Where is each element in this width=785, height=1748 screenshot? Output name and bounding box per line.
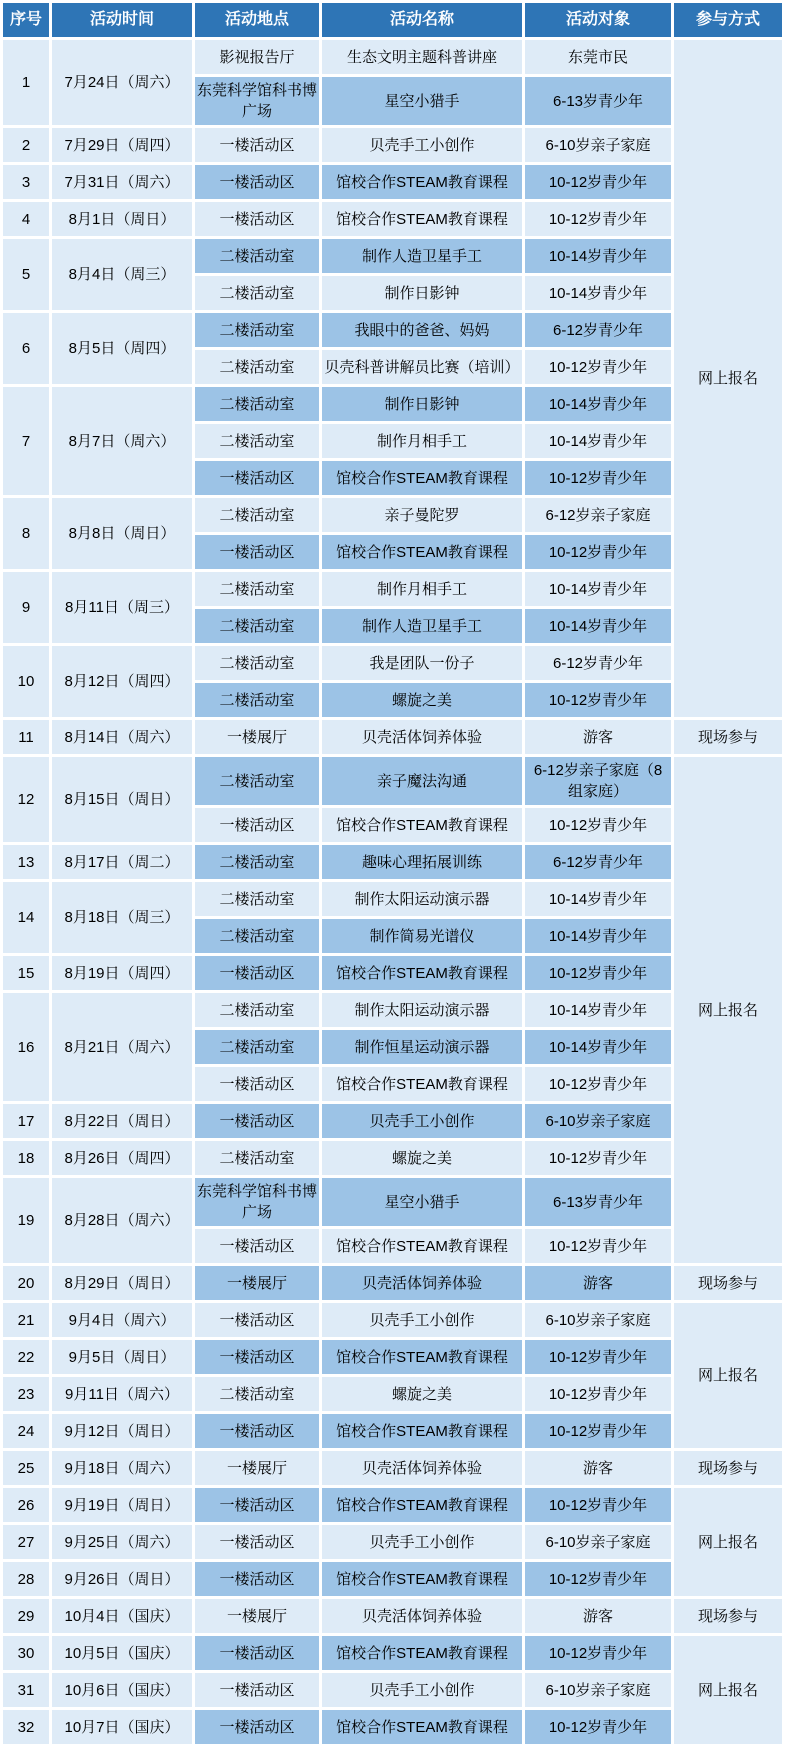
row-number-cell: 1 [3, 40, 49, 125]
date-cell: 8月12日（周四） [52, 646, 192, 717]
row-number-cell: 2 [3, 128, 49, 162]
location-cell: 一楼活动区 [195, 1104, 319, 1138]
date-cell: 9月12日（周日） [52, 1414, 192, 1448]
date-cell: 8月17日（周二） [52, 845, 192, 879]
table-row: 128月15日（周日）二楼活动室亲子魔法沟通6-12岁亲子家庭（8组家庭）网上报… [3, 757, 782, 805]
table-row: 158月19日（周四）一楼活动区馆校合作STEAM教育课程10-12岁青少年 [3, 956, 782, 990]
location-cell: 二楼活动室 [195, 845, 319, 879]
header-activity-name: 活动名称 [322, 3, 522, 37]
activity-name-cell: 螺旋之美 [322, 1141, 522, 1175]
row-number-cell: 9 [3, 572, 49, 643]
location-cell: 一楼展厅 [195, 1599, 319, 1633]
location-cell: 一楼活动区 [195, 956, 319, 990]
location-cell: 一楼活动区 [195, 165, 319, 199]
table-row: 48月1日（周日）一楼活动区馆校合作STEAM教育课程10-12岁青少年 [3, 202, 782, 236]
header-location: 活动地点 [195, 3, 319, 37]
location-cell: 二楼活动室 [195, 239, 319, 273]
audience-cell: 10-14岁青少年 [525, 276, 671, 310]
location-cell: 一楼活动区 [195, 1710, 319, 1744]
table-row: 3010月5日（国庆）一楼活动区馆校合作STEAM教育课程10-12岁青少年网上… [3, 1636, 782, 1670]
date-cell: 8月28日（周六） [52, 1178, 192, 1263]
row-number-cell: 12 [3, 757, 49, 842]
date-cell: 9月5日（周日） [52, 1340, 192, 1374]
audience-cell: 10-14岁青少年 [525, 609, 671, 643]
row-number-cell: 8 [3, 498, 49, 569]
participation-cell: 现场参与 [674, 720, 782, 754]
participation-cell: 现场参与 [674, 1599, 782, 1633]
activity-name-cell: 馆校合作STEAM教育课程 [322, 202, 522, 236]
audience-cell: 10-12岁青少年 [525, 535, 671, 569]
date-cell: 8月22日（周日） [52, 1104, 192, 1138]
audience-cell: 10-12岁青少年 [525, 165, 671, 199]
activity-name-cell: 制作日影钟 [322, 276, 522, 310]
audience-cell: 6-12岁青少年 [525, 646, 671, 680]
row-number-cell: 6 [3, 313, 49, 384]
table-row: 98月11日（周三）二楼活动室制作月相手工10-14岁青少年 [3, 572, 782, 606]
date-cell: 8月11日（周三） [52, 572, 192, 643]
row-number-cell: 28 [3, 1562, 49, 1596]
location-cell: 一楼活动区 [195, 1303, 319, 1337]
location-cell: 二楼活动室 [195, 882, 319, 916]
location-cell: 二楼活动室 [195, 609, 319, 643]
location-cell: 一楼活动区 [195, 1636, 319, 1670]
location-cell: 一楼活动区 [195, 1414, 319, 1448]
activity-name-cell: 贝壳手工小创作 [322, 1104, 522, 1138]
location-cell: 一楼展厅 [195, 1266, 319, 1300]
activity-name-cell: 馆校合作STEAM教育课程 [322, 1488, 522, 1522]
table-row: 208月29日（周日）一楼展厅贝壳活体饲养体验游客现场参与 [3, 1266, 782, 1300]
activity-name-cell: 制作太阳运动演示器 [322, 993, 522, 1027]
header-no: 序号 [3, 3, 49, 37]
activity-name-cell: 螺旋之美 [322, 1377, 522, 1411]
header-time: 活动时间 [52, 3, 192, 37]
participation-cell: 网上报名 [674, 1488, 782, 1596]
activity-name-cell: 制作人造卫星手工 [322, 239, 522, 273]
row-number-cell: 29 [3, 1599, 49, 1633]
audience-cell: 10-12岁青少年 [525, 461, 671, 495]
location-cell: 一楼活动区 [195, 808, 319, 842]
date-cell: 10月5日（国庆） [52, 1636, 192, 1670]
row-number-cell: 10 [3, 646, 49, 717]
audience-cell: 10-12岁青少年 [525, 808, 671, 842]
row-number-cell: 16 [3, 993, 49, 1101]
audience-cell: 10-12岁青少年 [525, 1636, 671, 1670]
audience-cell: 10-12岁青少年 [525, 350, 671, 384]
schedule-table-body: 17月24日（周六）影视报告厅生态文明主题科普讲座东莞市民网上报名东莞科学馆科书… [3, 40, 782, 1744]
activity-name-cell: 馆校合作STEAM教育课程 [322, 1562, 522, 1596]
row-number-cell: 17 [3, 1104, 49, 1138]
audience-cell: 10-12岁青少年 [525, 1414, 671, 1448]
activity-name-cell: 贝壳手工小创作 [322, 1525, 522, 1559]
audience-cell: 6-10岁亲子家庭 [525, 1525, 671, 1559]
date-cell: 8月26日（周四） [52, 1141, 192, 1175]
table-header-row: 序号 活动时间 活动地点 活动名称 活动对象 参与方式 [3, 3, 782, 37]
audience-cell: 6-12岁亲子家庭（8组家庭） [525, 757, 671, 805]
table-row: 88月8日（周日）二楼活动室亲子曼陀罗6-12岁亲子家庭 [3, 498, 782, 532]
audience-cell: 6-10岁亲子家庭 [525, 1104, 671, 1138]
location-cell: 二楼活动室 [195, 276, 319, 310]
date-cell: 8月19日（周四） [52, 956, 192, 990]
date-cell: 7月29日（周四） [52, 128, 192, 162]
audience-cell: 10-12岁青少年 [525, 1377, 671, 1411]
table-row: 219月4日（周六）一楼活动区贝壳手工小创作6-10岁亲子家庭网上报名 [3, 1303, 782, 1337]
row-number-cell: 20 [3, 1266, 49, 1300]
date-cell: 9月19日（周日） [52, 1488, 192, 1522]
table-row: 27月29日（周四）一楼活动区贝壳手工小创作6-10岁亲子家庭 [3, 128, 782, 162]
activity-name-cell: 制作恒星运动演示器 [322, 1030, 522, 1064]
location-cell: 二楼活动室 [195, 350, 319, 384]
audience-cell: 10-12岁青少年 [525, 1340, 671, 1374]
table-row: 3110月6日（国庆）一楼活动区贝壳手工小创作6-10岁亲子家庭 [3, 1673, 782, 1707]
date-cell: 8月7日（周六） [52, 387, 192, 495]
audience-cell: 10-14岁青少年 [525, 572, 671, 606]
row-number-cell: 18 [3, 1141, 49, 1175]
activity-name-cell: 贝壳活体饲养体验 [322, 1451, 522, 1485]
activity-name-cell: 制作太阳运动演示器 [322, 882, 522, 916]
table-row: 78月7日（周六）二楼活动室制作日影钟10-14岁青少年 [3, 387, 782, 421]
date-cell: 9月11日（周六） [52, 1377, 192, 1411]
activity-name-cell: 螺旋之美 [322, 683, 522, 717]
row-number-cell: 32 [3, 1710, 49, 1744]
audience-cell: 10-14岁青少年 [525, 993, 671, 1027]
location-cell: 二楼活动室 [195, 572, 319, 606]
audience-cell: 游客 [525, 1599, 671, 1633]
location-cell: 二楼活动室 [195, 424, 319, 458]
location-cell: 一楼活动区 [195, 1340, 319, 1374]
activity-name-cell: 馆校合作STEAM教育课程 [322, 1229, 522, 1263]
table-row: 138月17日（周二）二楼活动室趣味心理拓展训练6-12岁青少年 [3, 845, 782, 879]
date-cell: 8月21日（周六） [52, 993, 192, 1101]
date-cell: 8月18日（周三） [52, 882, 192, 953]
location-cell: 东莞科学馆科书博广场 [195, 77, 319, 125]
activity-name-cell: 生态文明主题科普讲座 [322, 40, 522, 74]
table-row: 168月21日（周六）二楼活动室制作太阳运动演示器10-14岁青少年 [3, 993, 782, 1027]
header-audience: 活动对象 [525, 3, 671, 37]
activity-name-cell: 制作日影钟 [322, 387, 522, 421]
activity-name-cell: 制作简易光谱仪 [322, 919, 522, 953]
row-number-cell: 23 [3, 1377, 49, 1411]
row-number-cell: 15 [3, 956, 49, 990]
activity-name-cell: 馆校合作STEAM教育课程 [322, 1414, 522, 1448]
activity-name-cell: 制作月相手工 [322, 572, 522, 606]
audience-cell: 游客 [525, 1266, 671, 1300]
audience-cell: 10-12岁青少年 [525, 1141, 671, 1175]
location-cell: 二楼活动室 [195, 646, 319, 680]
activity-name-cell: 亲子曼陀罗 [322, 498, 522, 532]
date-cell: 7月31日（周六） [52, 165, 192, 199]
row-number-cell: 21 [3, 1303, 49, 1337]
table-row: 279月25日（周六）一楼活动区贝壳手工小创作6-10岁亲子家庭 [3, 1525, 782, 1559]
row-number-cell: 4 [3, 202, 49, 236]
activity-name-cell: 制作月相手工 [322, 424, 522, 458]
audience-cell: 6-10岁亲子家庭 [525, 1303, 671, 1337]
audience-cell: 6-12岁青少年 [525, 313, 671, 347]
location-cell: 影视报告厅 [195, 40, 319, 74]
row-number-cell: 11 [3, 720, 49, 754]
location-cell: 一楼活动区 [195, 128, 319, 162]
audience-cell: 东莞市民 [525, 40, 671, 74]
activity-name-cell: 馆校合作STEAM教育课程 [322, 808, 522, 842]
activity-name-cell: 贝壳手工小创作 [322, 1303, 522, 1337]
date-cell: 8月15日（周日） [52, 757, 192, 842]
audience-cell: 6-13岁青少年 [525, 77, 671, 125]
row-number-cell: 7 [3, 387, 49, 495]
activity-name-cell: 贝壳手工小创作 [322, 128, 522, 162]
table-row: 58月4日（周三）二楼活动室制作人造卫星手工10-14岁青少年 [3, 239, 782, 273]
date-cell: 8月29日（周日） [52, 1266, 192, 1300]
location-cell: 一楼活动区 [195, 1673, 319, 1707]
audience-cell: 6-13岁青少年 [525, 1178, 671, 1226]
row-number-cell: 5 [3, 239, 49, 310]
location-cell: 二楼活动室 [195, 1030, 319, 1064]
activity-schedule-table: 序号 活动时间 活动地点 活动名称 活动对象 参与方式 17月24日（周六）影视… [0, 0, 785, 1747]
audience-cell: 6-10岁亲子家庭 [525, 128, 671, 162]
activity-name-cell: 星空小猎手 [322, 77, 522, 125]
audience-cell: 10-14岁青少年 [525, 919, 671, 953]
row-number-cell: 27 [3, 1525, 49, 1559]
date-cell: 9月25日（周六） [52, 1525, 192, 1559]
location-cell: 二楼活动室 [195, 313, 319, 347]
date-cell: 8月1日（周日） [52, 202, 192, 236]
table-row: 3210月7日（国庆）一楼活动区馆校合作STEAM教育课程10-12岁青少年 [3, 1710, 782, 1744]
table-row: 118月14日（周六）一楼展厅贝壳活体饲养体验游客现场参与 [3, 720, 782, 754]
row-number-cell: 25 [3, 1451, 49, 1485]
table-row: 17月24日（周六）影视报告厅生态文明主题科普讲座东莞市民网上报名 [3, 40, 782, 74]
activity-name-cell: 馆校合作STEAM教育课程 [322, 1340, 522, 1374]
location-cell: 一楼活动区 [195, 1229, 319, 1263]
table-row: 108月12日（周四）二楼活动室我是团队一份子6-12岁青少年 [3, 646, 782, 680]
participation-cell: 网上报名 [674, 1636, 782, 1744]
table-row: 259月18日（周六）一楼展厅贝壳活体饲养体验游客现场参与 [3, 1451, 782, 1485]
activity-name-cell: 我眼中的爸爸、妈妈 [322, 313, 522, 347]
participation-cell: 现场参与 [674, 1266, 782, 1300]
table-row: 188月26日（周四）二楼活动室螺旋之美10-12岁青少年 [3, 1141, 782, 1175]
location-cell: 一楼活动区 [195, 1525, 319, 1559]
activity-name-cell: 星空小猎手 [322, 1178, 522, 1226]
activity-name-cell: 亲子魔法沟通 [322, 757, 522, 805]
date-cell: 8月4日（周三） [52, 239, 192, 310]
activity-name-cell: 贝壳科普讲解员比赛（培训） [322, 350, 522, 384]
audience-cell: 6-10岁亲子家庭 [525, 1673, 671, 1707]
location-cell: 一楼活动区 [195, 202, 319, 236]
activity-name-cell: 馆校合作STEAM教育课程 [322, 1067, 522, 1101]
audience-cell: 10-12岁青少年 [525, 1229, 671, 1263]
table-row: 289月26日（周日）一楼活动区馆校合作STEAM教育课程10-12岁青少年 [3, 1562, 782, 1596]
activity-name-cell: 馆校合作STEAM教育课程 [322, 165, 522, 199]
participation-cell: 网上报名 [674, 40, 782, 717]
location-cell: 一楼活动区 [195, 1562, 319, 1596]
activity-name-cell: 贝壳活体饲养体验 [322, 1599, 522, 1633]
audience-cell: 10-12岁青少年 [525, 202, 671, 236]
table-row: 37月31日（周六）一楼活动区馆校合作STEAM教育课程10-12岁青少年 [3, 165, 782, 199]
location-cell: 东莞科学馆科书博广场 [195, 1178, 319, 1226]
audience-cell: 10-14岁青少年 [525, 1030, 671, 1064]
activity-name-cell: 贝壳活体饲养体验 [322, 1266, 522, 1300]
location-cell: 二楼活动室 [195, 1141, 319, 1175]
audience-cell: 游客 [525, 720, 671, 754]
date-cell: 7月24日（周六） [52, 40, 192, 125]
location-cell: 一楼展厅 [195, 1451, 319, 1485]
row-number-cell: 22 [3, 1340, 49, 1374]
audience-cell: 10-14岁青少年 [525, 424, 671, 458]
participation-cell: 现场参与 [674, 1451, 782, 1485]
table-row: 178月22日（周日）一楼活动区贝壳手工小创作6-10岁亲子家庭 [3, 1104, 782, 1138]
row-number-cell: 31 [3, 1673, 49, 1707]
activity-name-cell: 贝壳活体饲养体验 [322, 720, 522, 754]
location-cell: 二楼活动室 [195, 498, 319, 532]
date-cell: 8月5日（周四） [52, 313, 192, 384]
date-cell: 8月14日（周六） [52, 720, 192, 754]
activity-name-cell: 趣味心理拓展训练 [322, 845, 522, 879]
audience-cell: 10-12岁青少年 [525, 1067, 671, 1101]
location-cell: 二楼活动室 [195, 919, 319, 953]
row-number-cell: 30 [3, 1636, 49, 1670]
activity-name-cell: 馆校合作STEAM教育课程 [322, 956, 522, 990]
audience-cell: 10-14岁青少年 [525, 387, 671, 421]
audience-cell: 10-12岁青少年 [525, 1488, 671, 1522]
row-number-cell: 19 [3, 1178, 49, 1263]
location-cell: 二楼活动室 [195, 1377, 319, 1411]
row-number-cell: 24 [3, 1414, 49, 1448]
row-number-cell: 14 [3, 882, 49, 953]
audience-cell: 6-12岁青少年 [525, 845, 671, 879]
date-cell: 10月6日（国庆） [52, 1673, 192, 1707]
location-cell: 一楼活动区 [195, 535, 319, 569]
audience-cell: 10-12岁青少年 [525, 1562, 671, 1596]
audience-cell: 10-12岁青少年 [525, 683, 671, 717]
audience-cell: 10-12岁青少年 [525, 956, 671, 990]
table-row: 2910月4日（国庆）一楼展厅贝壳活体饲养体验游客现场参与 [3, 1599, 782, 1633]
location-cell: 二楼活动室 [195, 757, 319, 805]
table-row: 148月18日（周三）二楼活动室制作太阳运动演示器10-14岁青少年 [3, 882, 782, 916]
activity-name-cell: 馆校合作STEAM教育课程 [322, 461, 522, 495]
row-number-cell: 13 [3, 845, 49, 879]
activity-name-cell: 我是团队一份子 [322, 646, 522, 680]
location-cell: 二楼活动室 [195, 993, 319, 1027]
participation-cell: 网上报名 [674, 1303, 782, 1448]
table-row: 68月5日（周四）二楼活动室我眼中的爸爸、妈妈6-12岁青少年 [3, 313, 782, 347]
date-cell: 10月4日（国庆） [52, 1599, 192, 1633]
date-cell: 9月18日（周六） [52, 1451, 192, 1485]
table-row: 239月11日（周六）二楼活动室螺旋之美10-12岁青少年 [3, 1377, 782, 1411]
activity-name-cell: 制作人造卫星手工 [322, 609, 522, 643]
table-row: 249月12日（周日）一楼活动区馆校合作STEAM教育课程10-12岁青少年 [3, 1414, 782, 1448]
activity-name-cell: 贝壳手工小创作 [322, 1673, 522, 1707]
activity-name-cell: 馆校合作STEAM教育课程 [322, 1710, 522, 1744]
audience-cell: 10-14岁青少年 [525, 239, 671, 273]
audience-cell: 10-14岁青少年 [525, 882, 671, 916]
date-cell: 9月26日（周日） [52, 1562, 192, 1596]
table-row: 198月28日（周六）东莞科学馆科书博广场星空小猎手6-13岁青少年 [3, 1178, 782, 1226]
header-method: 参与方式 [674, 3, 782, 37]
date-cell: 10月7日（国庆） [52, 1710, 192, 1744]
activity-name-cell: 馆校合作STEAM教育课程 [322, 1636, 522, 1670]
location-cell: 一楼活动区 [195, 1067, 319, 1101]
date-cell: 9月4日（周六） [52, 1303, 192, 1337]
location-cell: 二楼活动室 [195, 683, 319, 717]
table-row: 229月5日（周日）一楼活动区馆校合作STEAM教育课程10-12岁青少年 [3, 1340, 782, 1374]
location-cell: 一楼活动区 [195, 1488, 319, 1522]
row-number-cell: 26 [3, 1488, 49, 1522]
location-cell: 一楼活动区 [195, 461, 319, 495]
audience-cell: 6-12岁亲子家庭 [525, 498, 671, 532]
location-cell: 一楼展厅 [195, 720, 319, 754]
location-cell: 二楼活动室 [195, 387, 319, 421]
row-number-cell: 3 [3, 165, 49, 199]
date-cell: 8月8日（周日） [52, 498, 192, 569]
audience-cell: 游客 [525, 1451, 671, 1485]
activity-name-cell: 馆校合作STEAM教育课程 [322, 535, 522, 569]
participation-cell: 网上报名 [674, 757, 782, 1263]
table-row: 269月19日（周日）一楼活动区馆校合作STEAM教育课程10-12岁青少年网上… [3, 1488, 782, 1522]
audience-cell: 10-12岁青少年 [525, 1710, 671, 1744]
